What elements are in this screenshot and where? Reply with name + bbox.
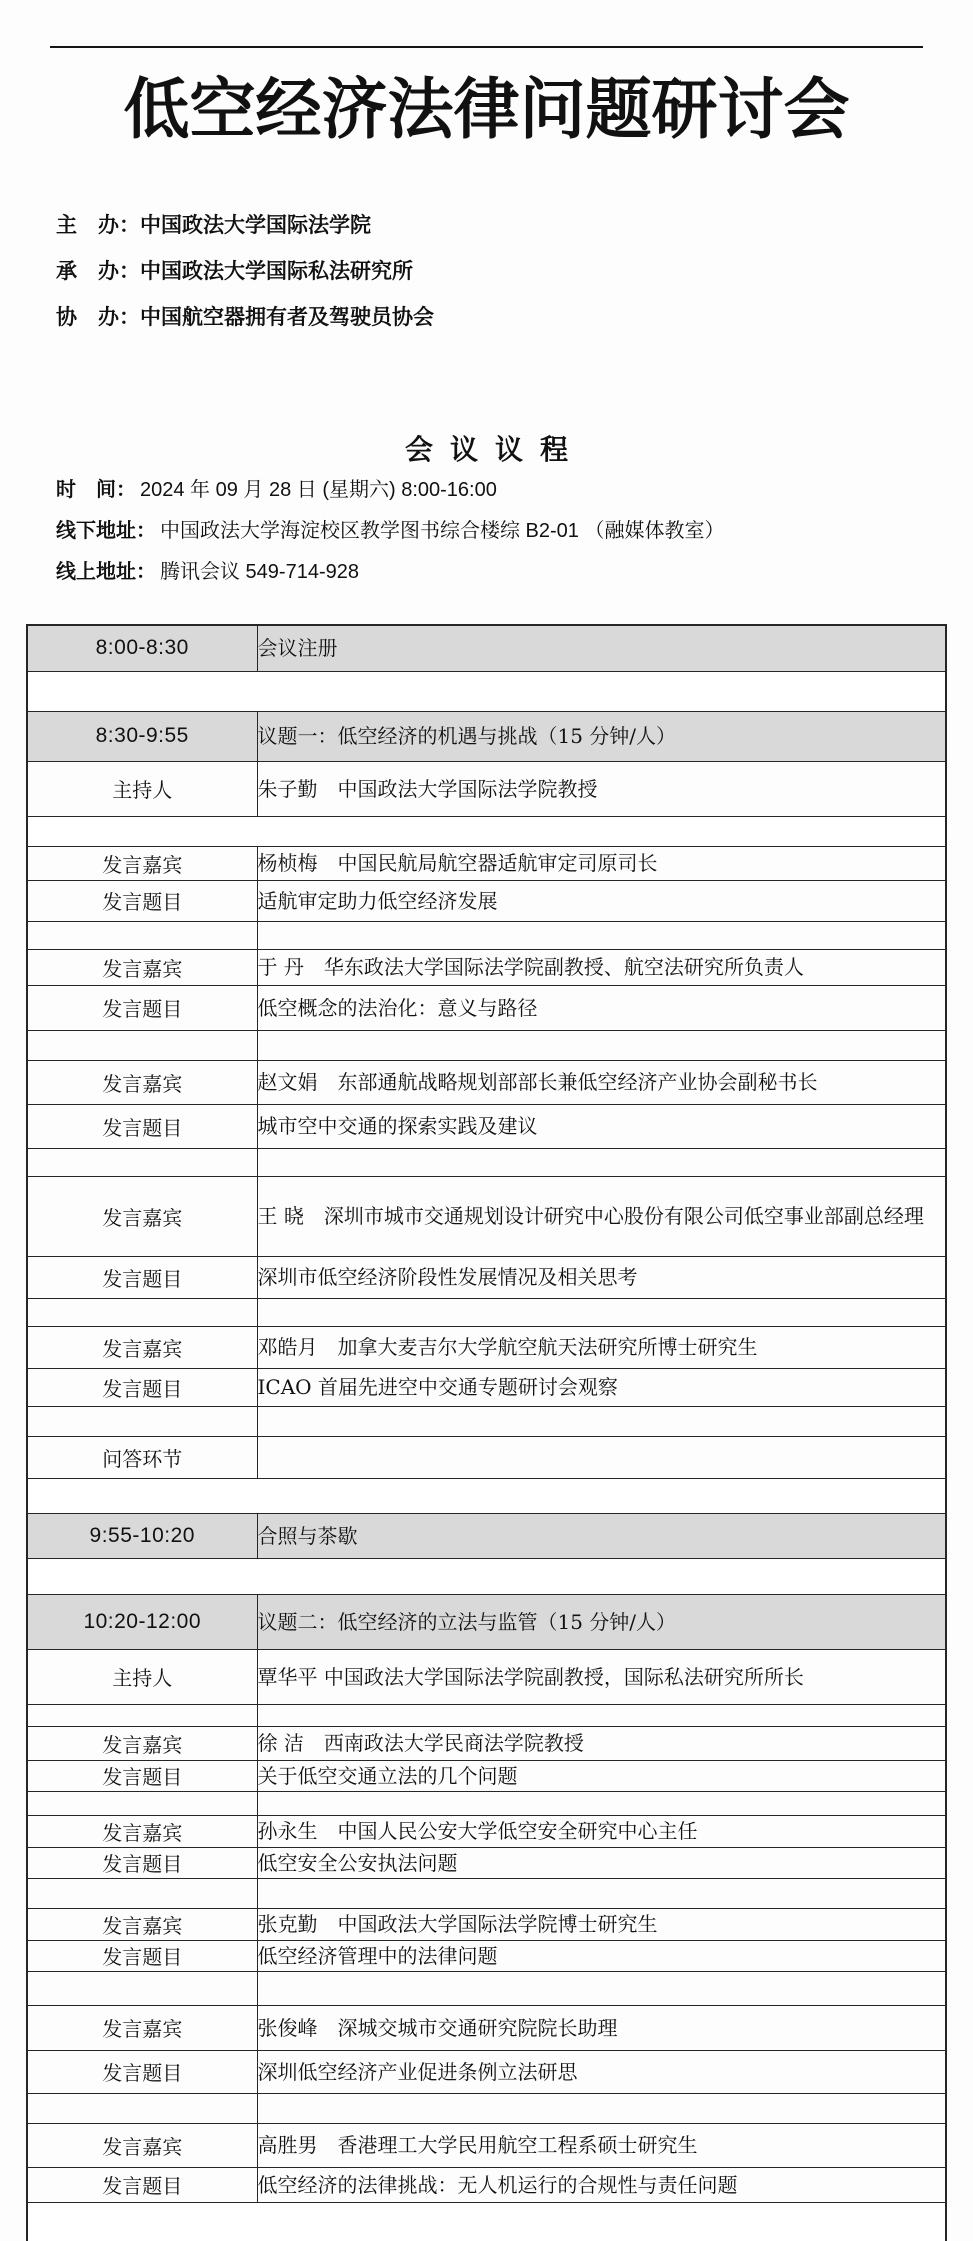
- agenda-row: 发言题目低空经济的法律挑战：无人机运行的合规性与责任问题: [27, 2167, 946, 2202]
- agenda-row: 发言题目关于低空交通立法的几个问题: [27, 1760, 946, 1791]
- empty-right-cell: [257, 1298, 946, 1326]
- session-title-cell: 议题二：低空经济的立法与监管（15 分钟/人）: [257, 1594, 946, 1649]
- empty-right-cell: [257, 1406, 946, 1436]
- agenda-row: [27, 2202, 946, 2241]
- empty-right-cell: [257, 921, 946, 949]
- agenda-row: 发言嘉宾孙永生 中国人民公安大学低空安全研究中心主任: [27, 1815, 946, 1847]
- item-label-cell: 发言嘉宾: [27, 2123, 257, 2167]
- agenda-row: 发言嘉宾张俊峰 深城交城市交通研究院院长助理: [27, 2005, 946, 2050]
- online-address-label: 线上地址：: [56, 561, 156, 583]
- agenda-row: 发言题目深圳低空经济产业促进条例立法研思: [27, 2050, 946, 2093]
- item-label-cell: 主持人: [27, 761, 257, 816]
- agenda-row: 发言题目低空概念的法治化：意义与路径: [27, 985, 946, 1030]
- item-content-cell: 徐 洁 西南政法大学民商法学院教授: [257, 1726, 946, 1760]
- item-content-cell: 邓皓月 加拿大麦吉尔大学航空航天法研究所博士研究生: [257, 1326, 946, 1368]
- agenda-row: 8:00-8:30会议注册: [27, 625, 946, 671]
- session-title-cell: 议题一：低空经济的机遇与挑战（15 分钟/人）: [257, 711, 946, 761]
- item-content-cell: 王 晓 深圳市城市交通规划设计研究中心股份有限公司低空事业部副总经理: [257, 1176, 946, 1256]
- agenda-row: 发言题目低空安全公安执法问题: [27, 1847, 946, 1878]
- agenda-row: 问答环节: [27, 1436, 946, 1478]
- item-label-cell: 发言嘉宾: [27, 1176, 257, 1256]
- item-content-cell: 城市空中交通的探索实践及建议: [257, 1104, 946, 1148]
- item-content-cell: 深圳市低空经济阶段性发展情况及相关思考: [257, 1256, 946, 1298]
- session-time-cell: 8:30-9:55: [27, 711, 257, 761]
- agenda-row: 发言嘉宾邓皓月 加拿大麦吉尔大学航空航天法研究所博士研究生: [27, 1326, 946, 1368]
- item-label-cell: 发言嘉宾: [27, 846, 257, 880]
- online-address-value: 腾讯会议 549-714-928: [160, 561, 359, 583]
- agenda-separator-cell: [27, 1558, 946, 1594]
- empty-right-cell: [257, 1704, 946, 1726]
- agenda-row: [27, 1878, 946, 1908]
- meeting-time-line: 时 间：2024 年 09 月 28 日 (星期六) 8:00-16:00: [56, 470, 724, 511]
- item-content-cell: 高胜男 香港理工大学民用航空工程系硕士研究生: [257, 2123, 946, 2167]
- item-content-cell: 张克勤 中国政法大学国际法学院博士研究生: [257, 1908, 946, 1940]
- agenda-row: [27, 1558, 946, 1594]
- item-content-cell: 低空安全公安执法问题: [257, 1847, 946, 1878]
- agenda-separator-cell: [27, 2202, 946, 2241]
- item-content-cell: 覃华平 中国政法大学国际法学院副教授，国际私法研究所所长: [257, 1649, 946, 1704]
- meeting-info: 时 间：2024 年 09 月 28 日 (星期六) 8:00-16:00 线下…: [56, 470, 724, 593]
- agenda-row: 9:55-10:20合照与茶歇: [27, 1513, 946, 1558]
- session-time-cell: 10:20-12:00: [27, 1594, 257, 1649]
- agenda-separator-cell: [27, 671, 946, 711]
- item-label-cell: 发言嘉宾: [27, 2005, 257, 2050]
- agenda-row: 发言嘉宾王 晓 深圳市城市交通规划设计研究中心股份有限公司低空事业部副总经理: [27, 1176, 946, 1256]
- agenda-row: [27, 1971, 946, 2005]
- agenda-row: 发言嘉宾赵文娟 东部通航战略规划部部长兼低空经济产业协会副秘书长: [27, 1060, 946, 1104]
- empty-left-cell: [27, 1878, 257, 1908]
- item-label-cell: 发言题目: [27, 2167, 257, 2202]
- item-content-cell: 赵文娟 东部通航战略规划部部长兼低空经济产业协会副秘书长: [257, 1060, 946, 1104]
- agenda-row: 发言题目ICAO 首届先进空中交通专题研讨会观察: [27, 1368, 946, 1406]
- session-time-cell: 9:55-10:20: [27, 1513, 257, 1558]
- empty-right-cell: [257, 1878, 946, 1908]
- empty-left-cell: [27, 1148, 257, 1176]
- item-content-cell: 关于低空交通立法的几个问题: [257, 1760, 946, 1791]
- document-page: 低空经济法律问题研讨会 主 办：中国政法大学国际法学院 承 办：中国政法大学国际…: [0, 0, 973, 2241]
- agenda-row: 发言题目深圳市低空经济阶段性发展情况及相关思考: [27, 1256, 946, 1298]
- offline-address-line: 线下地址：中国政法大学海淀校区教学图书综合楼综 B2-01 （融媒体教室）: [56, 511, 724, 552]
- organizer-host-label: 主 办：: [56, 214, 140, 237]
- agenda-row: [27, 1406, 946, 1436]
- empty-right-cell: [257, 1791, 946, 1815]
- item-label-cell: 发言题目: [27, 1104, 257, 1148]
- organizer-host-line: 主 办：中国政法大学国际法学院: [56, 203, 434, 249]
- item-label-cell: 发言题目: [27, 1256, 257, 1298]
- agenda-row: 发言嘉宾于 丹 华东政法大学国际法学院副教授、航空法研究所负责人: [27, 949, 946, 985]
- empty-left-cell: [27, 1406, 257, 1436]
- agenda-row: [27, 921, 946, 949]
- item-label-cell: 发言题目: [27, 1368, 257, 1406]
- meeting-time-value: 2024 年 09 月 28 日 (星期六) 8:00-16:00: [140, 479, 497, 501]
- empty-left-cell: [27, 921, 257, 949]
- empty-right-cell: [257, 1030, 946, 1060]
- organizer-list: 主 办：中国政法大学国际法学院 承 办：中国政法大学国际私法研究所 协 办：中国…: [56, 203, 434, 341]
- agenda-row: 主持人朱子勤 中国政法大学国际法学院教授: [27, 761, 946, 816]
- agenda-row: 主持人覃华平 中国政法大学国际法学院副教授，国际私法研究所所长: [27, 1649, 946, 1704]
- agenda-table-body: 8:00-8:30会议注册8:30-9:55议题一：低空经济的机遇与挑战（15 …: [27, 625, 946, 2241]
- item-label-cell: 发言嘉宾: [27, 1060, 257, 1104]
- empty-left-cell: [27, 1791, 257, 1815]
- agenda-row: 发言嘉宾高胜男 香港理工大学民用航空工程系硕士研究生: [27, 2123, 946, 2167]
- agenda-row: 10:20-12:00议题二：低空经济的立法与监管（15 分钟/人）: [27, 1594, 946, 1649]
- item-content-cell: 低空概念的法治化：意义与路径: [257, 985, 946, 1030]
- item-label-cell: 发言嘉宾: [27, 1908, 257, 1940]
- agenda-separator-cell: [27, 816, 946, 846]
- agenda-row: [27, 816, 946, 846]
- item-content-cell: 低空经济管理中的法律问题: [257, 1940, 946, 1971]
- organizer-host-value: 中国政法大学国际法学院: [140, 214, 371, 237]
- item-content-cell: 张俊峰 深城交城市交通研究院院长助理: [257, 2005, 946, 2050]
- agenda-row: [27, 671, 946, 711]
- empty-left-cell: [27, 1704, 257, 1726]
- item-label-cell: 发言嘉宾: [27, 1726, 257, 1760]
- empty-right-cell: [257, 1148, 946, 1176]
- empty-left-cell: [27, 1298, 257, 1326]
- item-label-cell: 发言题目: [27, 1940, 257, 1971]
- agenda-row: [27, 1148, 946, 1176]
- agenda-row: [27, 1030, 946, 1060]
- agenda-separator-cell: [27, 1478, 946, 1513]
- session-title-cell: 合照与茶歇: [257, 1513, 946, 1558]
- item-content-cell: 杨桢梅 中国民航局航空器适航审定司原司长: [257, 846, 946, 880]
- item-label-cell: 发言嘉宾: [27, 1326, 257, 1368]
- item-label-cell: 发言题目: [27, 2050, 257, 2093]
- offline-address-value: 中国政法大学海淀校区教学图书综合楼综 B2-01 （融媒体教室）: [160, 520, 724, 542]
- item-label-cell: 发言题目: [27, 985, 257, 1030]
- page-title: 低空经济法律问题研讨会: [0, 56, 973, 151]
- empty-right-cell: [257, 1971, 946, 2005]
- agenda-heading: 会议议程: [0, 428, 973, 468]
- organizer-undertaker-line: 承 办：中国政法大学国际私法研究所: [56, 249, 434, 295]
- agenda-row: [27, 1298, 946, 1326]
- item-content-cell: ICAO 首届先进空中交通专题研讨会观察: [257, 1368, 946, 1406]
- empty-left-cell: [27, 2093, 257, 2123]
- top-divider-rule: [50, 46, 923, 48]
- session-time-cell: 8:00-8:30: [27, 625, 257, 671]
- agenda-row: 发言题目低空经济管理中的法律问题: [27, 1940, 946, 1971]
- item-label-cell: 发言题目: [27, 880, 257, 921]
- empty-right-cell: [257, 2093, 946, 2123]
- agenda-table: 8:00-8:30会议注册8:30-9:55议题一：低空经济的机遇与挑战（15 …: [26, 624, 947, 2241]
- agenda-row: 发言题目城市空中交通的探索实践及建议: [27, 1104, 946, 1148]
- meeting-time-label: 时 间：: [56, 479, 136, 501]
- agenda-row: 发言题目适航审定助力低空经济发展: [27, 880, 946, 921]
- agenda-row: [27, 1704, 946, 1726]
- item-content-cell: 适航审定助力低空经济发展: [257, 880, 946, 921]
- item-label-cell: 发言题目: [27, 1760, 257, 1791]
- organizer-undertaker-label: 承 办：: [56, 260, 140, 283]
- item-label-cell: 发言嘉宾: [27, 1815, 257, 1847]
- agenda-row: 发言嘉宾张克勤 中国政法大学国际法学院博士研究生: [27, 1908, 946, 1940]
- agenda-row: 发言嘉宾杨桢梅 中国民航局航空器适航审定司原司长: [27, 846, 946, 880]
- organizer-coorganizer-value: 中国航空器拥有者及驾驶员协会: [140, 306, 434, 329]
- offline-address-label: 线下地址：: [56, 520, 156, 542]
- item-content-cell: [257, 1436, 946, 1478]
- online-address-line: 线上地址：腾讯会议 549-714-928: [56, 552, 724, 593]
- agenda-row: 发言嘉宾徐 洁 西南政法大学民商法学院教授: [27, 1726, 946, 1760]
- organizer-coorganizer-label: 协 办：: [56, 306, 140, 329]
- item-content-cell: 朱子勤 中国政法大学国际法学院教授: [257, 761, 946, 816]
- empty-left-cell: [27, 1030, 257, 1060]
- agenda-row: 8:30-9:55议题一：低空经济的机遇与挑战（15 分钟/人）: [27, 711, 946, 761]
- agenda-row: [27, 1791, 946, 1815]
- agenda-row: [27, 2093, 946, 2123]
- item-content-cell: 孙永生 中国人民公安大学低空安全研究中心主任: [257, 1815, 946, 1847]
- session-title-cell: 会议注册: [257, 625, 946, 671]
- item-label-cell: 问答环节: [27, 1436, 257, 1478]
- empty-left-cell: [27, 1971, 257, 2005]
- organizer-coorganizer-line: 协 办：中国航空器拥有者及驾驶员协会: [56, 295, 434, 341]
- item-label-cell: 发言嘉宾: [27, 949, 257, 985]
- item-label-cell: 主持人: [27, 1649, 257, 1704]
- item-label-cell: 发言题目: [27, 1847, 257, 1878]
- item-content-cell: 低空经济的法律挑战：无人机运行的合规性与责任问题: [257, 2167, 946, 2202]
- agenda-row: [27, 1478, 946, 1513]
- item-content-cell: 于 丹 华东政法大学国际法学院副教授、航空法研究所负责人: [257, 949, 946, 985]
- item-content-cell: 深圳低空经济产业促进条例立法研思: [257, 2050, 946, 2093]
- organizer-undertaker-value: 中国政法大学国际私法研究所: [140, 260, 413, 283]
